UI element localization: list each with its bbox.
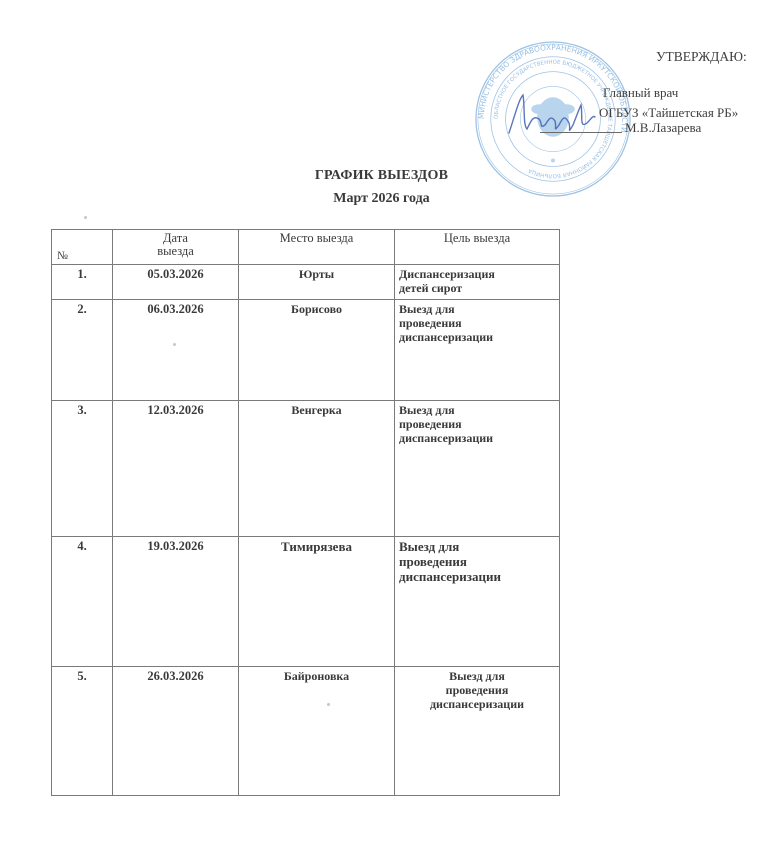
header-number: № [52,230,113,265]
row-number: 5. [52,667,113,796]
goal-line: детей сирот [399,281,559,295]
row-place: Борисово [239,300,395,401]
row-place: Венгерка [239,401,395,537]
table-row: 4. 19.03.2026 Тимирязева Выезд для прове… [52,537,560,667]
row-date: 06.03.2026 [113,300,239,401]
table-row: 5. 26.03.2026 Байроновка Выезд для прове… [52,667,560,796]
row-goal: Выезд для проведения диспансеризации [395,401,560,537]
goal-line: Выезд для [399,403,559,417]
row-goal: Диспансеризация детей сирот [395,265,560,300]
approval-organization: ОГБУЗ «Тайшетская РБ» [599,105,738,121]
document-subtitle: Март 2026 года [0,191,766,207]
svg-text:ОБЛАСТНОЕ ГОСУДАРСТВЕННОЕ БЮДЖ: ОБЛАСТНОЕ ГОСУДАРСТВЕННОЕ БЮДЖЕТНОЕ УЧРЕ… [494,60,613,179]
row-number: 2. [52,300,113,401]
row-goal: Выезд для проведения диспансеризации [395,300,560,401]
goal-line: проведения [395,683,559,697]
goal-line: диспансеризации [399,569,559,584]
table-row: 2. 06.03.2026 Борисово Выезд для проведе… [52,300,560,401]
table-row: 1. 05.03.2026 Юрты Диспансеризация детей… [52,265,560,300]
row-date: 26.03.2026 [113,667,239,796]
document-title: ГРАФИК ВЫЕЗДОВ [0,168,766,184]
goal-line: Выезд для [399,539,559,554]
row-date: 19.03.2026 [113,537,239,667]
row-goal: Выезд для проведения диспансеризации [395,667,560,796]
goal-line: проведения [399,316,559,330]
signature-line [540,132,622,133]
table-header-row: № Дата выезда Место выезда Цель выезда [52,230,560,265]
goal-line: диспансеризации [399,330,559,344]
goal-line: Выезд для [395,669,559,683]
row-number: 3. [52,401,113,537]
row-place: Юрты [239,265,395,300]
header-goal: Цель выезда [395,230,560,265]
approval-position: Главный врач [603,85,678,101]
approval-heading: УТВЕРЖДАЮ: [656,49,747,65]
row-place: Байроновка [239,667,395,796]
scan-speck [84,216,87,219]
table-row: 3. 12.03.2026 Венгерка Выезд для проведе… [52,401,560,537]
row-date: 05.03.2026 [113,265,239,300]
goal-line: диспансеризации [399,431,559,445]
row-date: 12.03.2026 [113,401,239,537]
header-place: Место выезда [239,230,395,265]
row-number: 4. [52,537,113,667]
row-number: 1. [52,265,113,300]
header-date-line2: выезда [113,245,238,258]
goal-line: проведения [399,417,559,431]
schedule-table: № Дата выезда Место выезда Цель выезда 1… [51,229,560,796]
row-goal: Выезд для проведения диспансеризации [395,537,560,667]
row-place: Тимирязева [239,537,395,667]
header-date: Дата выезда [113,230,239,265]
goal-line: диспансеризации [395,697,559,711]
goal-line: Диспансеризация [399,267,559,281]
goal-line: Выезд для [399,302,559,316]
approval-signatory: М.В.Лазарева [625,120,701,136]
goal-line: проведения [399,554,559,569]
